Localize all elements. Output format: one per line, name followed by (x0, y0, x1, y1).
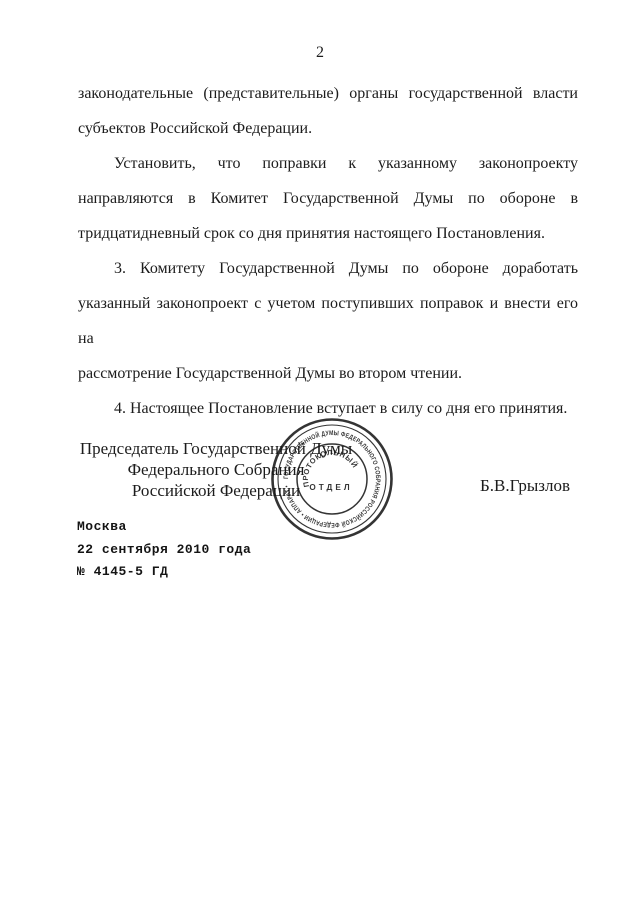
stamp-outer-circle (273, 420, 392, 539)
protocol-department-stamp: ГОСУДАРСТВЕННОЙ ДУМЫ ФЕДЕРАЛЬНОГО СОБРАН… (268, 415, 396, 543)
document-page: 2 законодательные (представительные) орг… (0, 0, 640, 905)
stamp-middle-circle (278, 425, 386, 533)
body-line: Установить, что поправки к указанному за… (78, 146, 578, 181)
body-line: тридцатидневный срок со дня принятия нас… (78, 216, 578, 251)
body-line: законодательные (представительные) орган… (78, 76, 578, 111)
footer-date: 22 сентября 2010 года (77, 539, 251, 562)
footer-block: Москва 22 сентября 2010 года № 4145-5 ГД (77, 516, 251, 584)
body-line: указанный законопроект с учетом поступив… (78, 286, 578, 356)
body-line: рассмотрение Государственной Думы во вто… (78, 356, 578, 391)
page-number: 2 (0, 44, 640, 62)
footer-city: Москва (77, 516, 251, 539)
body-line: 3. Комитету Государственной Думы по обор… (78, 251, 578, 286)
stamp-center-text: ОТДЕЛ (309, 483, 352, 492)
footer-number: № 4145-5 ГД (77, 561, 251, 584)
signer-name: Б.В.Грызлов (480, 476, 570, 496)
document-body: законодательные (представительные) орган… (78, 76, 578, 426)
body-line: субъектов Российской Федерации. (78, 111, 578, 146)
body-line: направляются в Комитет Государственной Д… (78, 181, 578, 216)
